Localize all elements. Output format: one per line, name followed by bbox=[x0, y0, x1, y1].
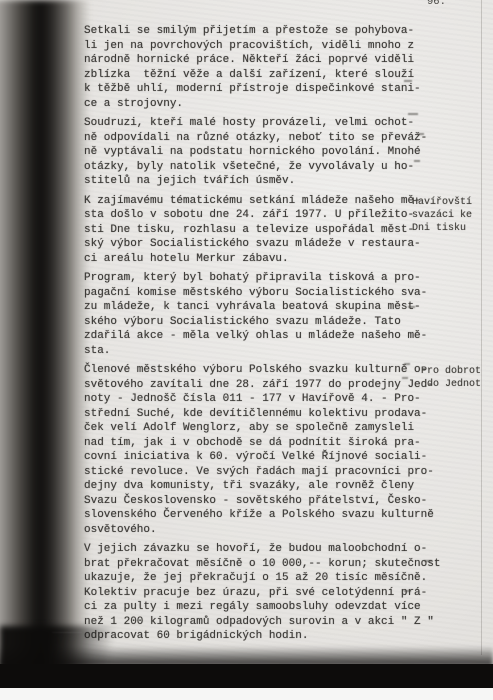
scan-artifact-dash bbox=[418, 133, 424, 135]
page-bottom-edge bbox=[0, 664, 493, 688]
scanned-chronicle-page: 96. Setkali se smilým přijetím a přestož… bbox=[0, 0, 493, 700]
scan-artifact-dash bbox=[408, 306, 415, 308]
page-number: 96. bbox=[427, 0, 446, 8]
book-binding-shadow bbox=[0, 0, 90, 700]
paragraph-guides-questions: Soudruzi, kteří malé hosty provázeli, ve… bbox=[84, 116, 456, 189]
scan-artifact-dash bbox=[402, 377, 408, 379]
margin-note-press-day: Havířovští svazáci ke Dni tisku bbox=[412, 196, 472, 235]
typewritten-text-column: Setkali se smilým přijetím a přestože se… bbox=[84, 24, 456, 649]
paragraph-youth-meeting: K zajímavému tématickému setkání mládeže… bbox=[84, 194, 456, 267]
scan-artifact-dash bbox=[404, 590, 411, 592]
margin-note-jednota: Pro dobrot do Jednot bbox=[421, 365, 481, 391]
paragraph-jednota-collective: Členové městského výboru Polského svazku… bbox=[84, 363, 456, 537]
paragraph-program-band: Program, který byl bohatý připravila tis… bbox=[84, 271, 456, 358]
scan-artifact-dash bbox=[414, 160, 420, 162]
scan-artifact-dash bbox=[424, 560, 432, 562]
scan-artifact-dash bbox=[408, 113, 418, 115]
paragraph-mine-visit: Setkali se smilým přijetím a přestože se… bbox=[84, 24, 456, 111]
scanner-background-strip bbox=[0, 688, 493, 700]
page-edge-line bbox=[481, 0, 482, 655]
scan-artifact-dash bbox=[404, 363, 410, 365]
scan-artifact-dash bbox=[404, 80, 412, 82]
